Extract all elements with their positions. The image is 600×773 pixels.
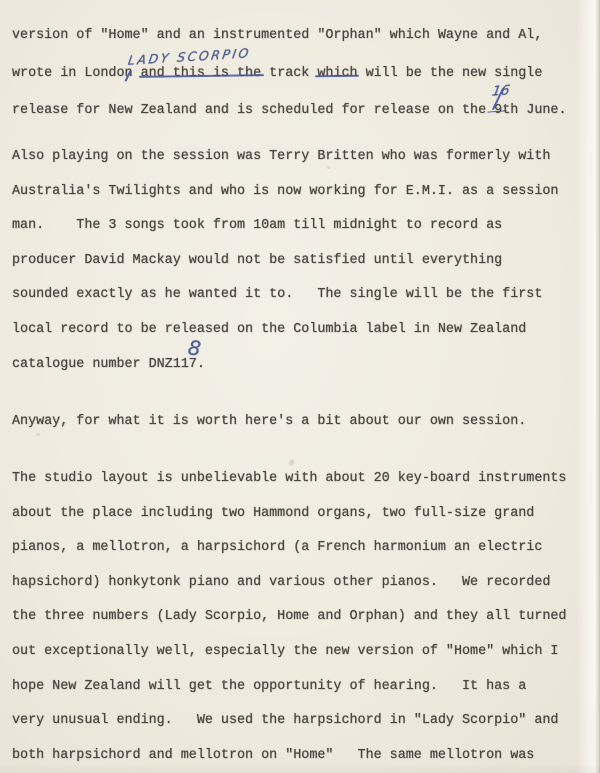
typed-line: The studio layout is unbelievable with a… — [12, 462, 590, 497]
typed-line: very unusual ending. We used the harpsic… — [12, 704, 590, 739]
typed-segment: both harpsichord and mellotron on "Home"… — [12, 739, 534, 773]
typed-line: local record to be released on the Colum… — [12, 313, 590, 348]
typed-segment: wrote in London — [12, 55, 141, 93]
typed-segment: The studio layout is unbelievable with a… — [12, 462, 566, 497]
scanned-letter-page: version of "Home" and an instrumented "O… — [0, 0, 600, 773]
typed-segment: catalogue number DNZ11 — [12, 348, 189, 383]
typed-segment: Australia's Twilights and who is now wor… — [12, 175, 558, 210]
typed-segment: the three numbers (Lady Scorpio, Home an… — [12, 600, 566, 635]
typed-line: Also playing on the session was Terry Br… — [12, 140, 590, 175]
typed-segment: will be the new single — [358, 55, 543, 93]
typed-segment: Also playing on the session was Terry Br… — [12, 140, 550, 175]
typed-line: producer David Mackay would not be satis… — [12, 244, 590, 279]
typed-segment: out exceptionally well, especially the n… — [12, 635, 558, 670]
typed-line: catalogue number DNZ1178. — [12, 348, 590, 383]
typed-line: hope New Zealand will get the opportunit… — [12, 670, 590, 705]
typed-line: Australia's Twilights and who is now wor… — [12, 175, 590, 210]
typed-segment: about the place including two Hammond or… — [12, 497, 534, 532]
typed-line: Anyway, for what it is worth here's a bi… — [12, 404, 590, 440]
typed-text: version of "Home" and an instrumented "O… — [0, 0, 600, 773]
typed-segment: th June. — [502, 92, 566, 130]
typed-segment: Anyway, for what it is worth here's a bi… — [12, 404, 526, 440]
typed-segment: sounded exactly as he wanted it to. The … — [12, 278, 542, 313]
typed-segment: hope New Zealand will get the opportunit… — [12, 670, 526, 705]
struck-out-digit: 916 — [494, 92, 502, 130]
paragraph: The studio layout is unbelievable with a… — [12, 462, 590, 773]
typed-line: version of "Home" and an instrumented "O… — [12, 17, 590, 55]
typed-line: both harpsichord and mellotron on "Home"… — [12, 739, 590, 773]
typed-segment: producer David Mackay would not be satis… — [12, 244, 502, 279]
typed-line: about the place including two Hammond or… — [12, 497, 590, 532]
typed-segment: release for New Zealand and is scheduled… — [12, 92, 494, 130]
typed-line: sounded exactly as he wanted it to. The … — [12, 278, 590, 313]
typed-line: pianos, a mellotron, a harpsichord (a Fr… — [12, 531, 590, 566]
typed-segment: track — [261, 55, 317, 93]
typed-line: hapsichord) honkytonk piano and various … — [12, 566, 590, 601]
struck-out-text: which — [317, 55, 357, 93]
typed-segment: pianos, a mellotron, a harpsichord (a Fr… — [12, 531, 542, 566]
typed-segment: man. The 3 songs took from 10am till mid… — [12, 209, 502, 244]
typed-segment: hapsichord) honkytonk piano and various … — [12, 566, 550, 601]
typed-segment: local record to be released on the Colum… — [12, 313, 526, 348]
typed-segment: 78 — [189, 348, 197, 383]
typed-line: man. The 3 songs took from 10am till mid… — [12, 209, 590, 244]
typed-segment: . — [197, 348, 205, 383]
struck-out-text: and this is theLADY SCORPIO — [141, 55, 262, 93]
typed-line: the three numbers (Lady Scorpio, Home an… — [12, 600, 590, 635]
typed-segment: very unusual ending. We used the harpsic… — [12, 704, 558, 739]
paragraph: version of "Home" and an instrumented "O… — [12, 17, 590, 130]
typed-line: out exceptionally well, especially the n… — [12, 635, 590, 670]
paragraph: Also playing on the session was Terry Br… — [12, 140, 590, 382]
paragraph: Anyway, for what it is worth here's a bi… — [12, 404, 590, 440]
typed-line: release for New Zealand and is scheduled… — [12, 92, 590, 130]
handwritten-annotation-lady-scorpio: LADY SCORPIO — [125, 34, 253, 79]
typed-segment: version of "Home" and an instrumented "O… — [12, 17, 542, 55]
